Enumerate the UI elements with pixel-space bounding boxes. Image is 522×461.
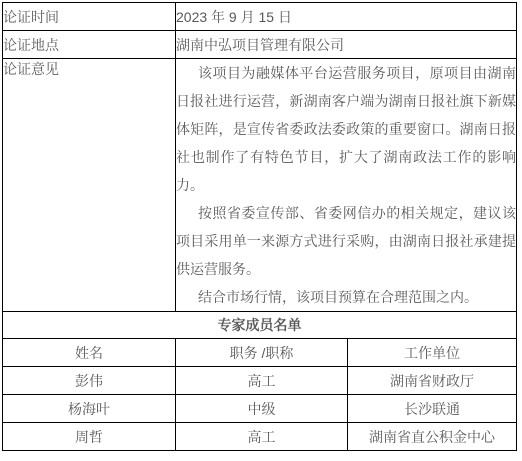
expert-row: 彭伟 高工 湖南省财政厅 bbox=[3, 367, 517, 395]
opinion-paragraph-2: 按照省委宣传部、省委网信办的相关规定，建议该项目采用单一来源方式进行采购，由湖南… bbox=[176, 199, 516, 283]
project-review-table: 论证时间 2023 年 9 月 15 日 论证地点 湖南中弘项目管理有限公司 论… bbox=[2, 2, 517, 451]
expert-unit: 长沙联通 bbox=[348, 395, 517, 423]
experts-col-name: 姓名 bbox=[3, 339, 176, 367]
expert-name: 杨海叶 bbox=[3, 395, 176, 423]
expert-title: 高工 bbox=[176, 423, 348, 451]
review-location-row: 论证地点 湖南中弘项目管理有限公司 bbox=[3, 31, 517, 59]
review-opinion-label: 论证意见 bbox=[3, 59, 176, 312]
review-location-value: 湖南中弘项目管理有限公司 bbox=[176, 31, 517, 59]
expert-name: 彭伟 bbox=[3, 367, 176, 395]
expert-row: 周哲 高工 湖南省直公积金中心 bbox=[3, 423, 517, 451]
experts-section-header-row: 专家成员名单 bbox=[3, 312, 517, 339]
experts-section-title: 专家成员名单 bbox=[3, 312, 517, 339]
experts-column-header-row: 姓名 职务 /职称 工作单位 bbox=[3, 339, 517, 367]
review-time-value: 2023 年 9 月 15 日 bbox=[176, 3, 517, 31]
opinion-paragraph-3: 结合市场行情，该项目预算在合理范围之内。 bbox=[176, 283, 516, 311]
expert-title: 中级 bbox=[176, 395, 348, 423]
review-time-row: 论证时间 2023 年 9 月 15 日 bbox=[3, 3, 517, 31]
expert-unit: 湖南省财政厅 bbox=[348, 367, 517, 395]
expert-name: 周哲 bbox=[3, 423, 176, 451]
review-opinion-row: 论证意见 该项目为融媒体平台运营服务项目，原项目由湖南日报社进行运营，新湖南客户… bbox=[3, 59, 517, 312]
opinion-paragraph-1: 该项目为融媒体平台运营服务项目，原项目由湖南日报社进行运营，新湖南客户端为湖南日… bbox=[176, 59, 516, 199]
review-location-label: 论证地点 bbox=[3, 31, 176, 59]
expert-unit: 湖南省直公积金中心 bbox=[348, 423, 517, 451]
experts-col-unit: 工作单位 bbox=[348, 339, 517, 367]
expert-row: 杨海叶 中级 长沙联通 bbox=[3, 395, 517, 423]
review-opinion-content: 该项目为融媒体平台运营服务项目，原项目由湖南日报社进行运营，新湖南客户端为湖南日… bbox=[176, 59, 517, 312]
experts-col-title: 职务 /职称 bbox=[176, 339, 348, 367]
review-time-label: 论证时间 bbox=[3, 3, 176, 31]
expert-title: 高工 bbox=[176, 367, 348, 395]
